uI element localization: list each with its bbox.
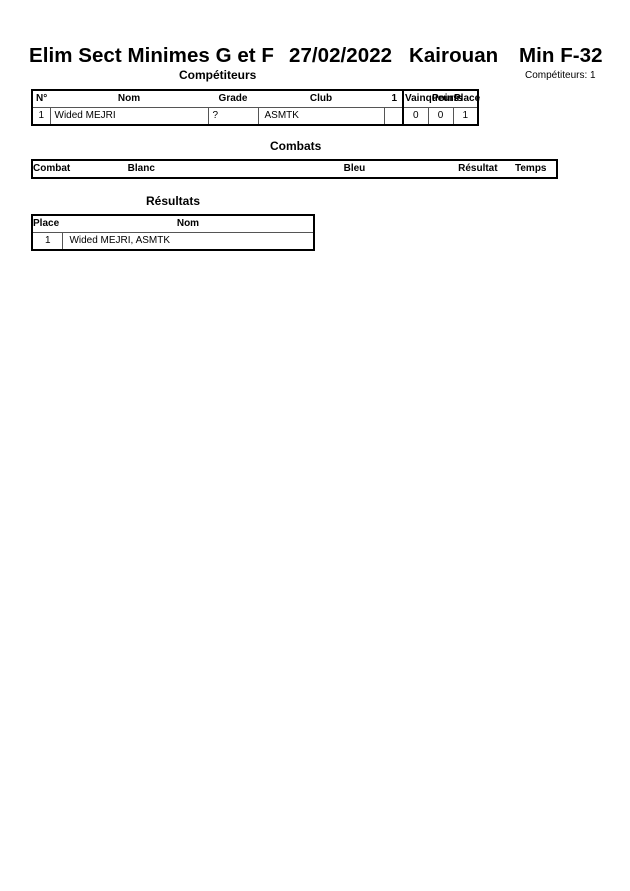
cell-points: 0: [428, 108, 453, 126]
table-row: 1 Wided MEJRI ? ASMTK 0 0 1: [32, 108, 478, 126]
cell-round-1: [384, 108, 403, 126]
table-header-row: Combat Blanc Bleu Résultat Temps: [32, 160, 557, 178]
table-row: 1 Wided MEJRI, ASMTK: [32, 233, 314, 251]
combats-table: Combat Blanc Bleu Résultat Temps: [31, 159, 558, 179]
competitors-count: Compétiteurs: 1: [525, 70, 596, 81]
table-header-row: N° Nom Grade Club 1 Vainqueurs Points Pl…: [32, 90, 478, 108]
event-date: 27/02/2022: [289, 44, 392, 68]
cell-grade: ?: [208, 108, 258, 126]
cell-place: 1: [32, 233, 63, 251]
col-header-result: Résultat: [458, 160, 515, 178]
col-header-time: Temps: [515, 160, 557, 178]
col-header-name: Nom: [50, 90, 208, 108]
cell-no: 1: [32, 108, 50, 126]
col-header-no: N°: [32, 90, 50, 108]
cell-name: Wided MEJRI: [50, 108, 208, 126]
col-header-grade: Grade: [208, 90, 258, 108]
col-header-place: Place: [454, 91, 480, 107]
table-header-row: Place Nom: [32, 215, 314, 233]
col-header-combat: Combat: [32, 160, 128, 178]
cell-name: Wided MEJRI, ASMTK: [63, 233, 314, 251]
competitors-section-title: Compétiteurs: [179, 68, 256, 82]
cell-club: ASMTK: [258, 108, 384, 126]
col-header-stats: Vainqueurs Points Place: [403, 90, 478, 108]
results-table: Place Nom 1 Wided MEJRI, ASMTK: [31, 214, 315, 251]
col-header-name: Nom: [63, 215, 314, 233]
cell-wins: 0: [403, 108, 428, 126]
results-section-title: Résultats: [146, 194, 200, 208]
event-location: Kairouan: [409, 44, 498, 68]
event-category: Min F-32: [519, 44, 603, 68]
cell-place: 1: [453, 108, 478, 126]
col-header-round-1: 1: [384, 90, 403, 108]
competitors-table: N° Nom Grade Club 1 Vainqueurs Points Pl…: [31, 89, 479, 126]
col-header-club: Club: [258, 90, 384, 108]
col-header-white: Blanc: [128, 160, 344, 178]
col-header-place: Place: [32, 215, 63, 233]
col-header-blue: Bleu: [344, 160, 458, 178]
event-name: Elim Sect Minimes G et F: [29, 44, 274, 68]
combats-section-title: Combats: [270, 139, 321, 153]
